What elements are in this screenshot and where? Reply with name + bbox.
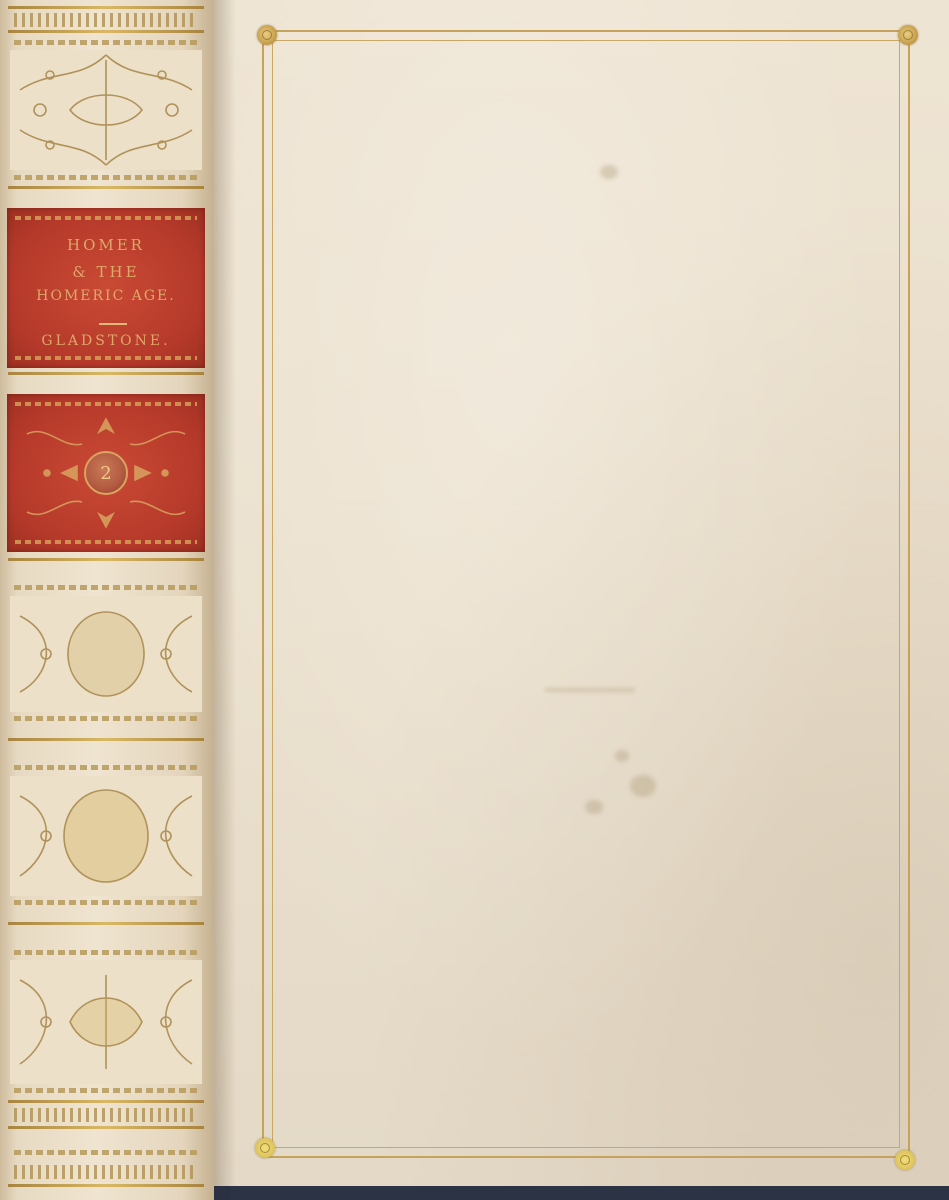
gilt-rule: [8, 6, 204, 9]
volume-number: 2: [84, 451, 128, 495]
gilt-dots: [14, 1150, 198, 1155]
floral-ornament-icon: [10, 960, 202, 1084]
title-divider: [99, 323, 127, 325]
gilt-ticks: [14, 1165, 198, 1179]
title-label: HOMER & THE HOMERIC AGE. GLADSTONE.: [7, 208, 205, 368]
gilt-dots: [14, 1088, 198, 1093]
ornament-panel: [10, 960, 202, 1084]
gilt-rule: [8, 1126, 204, 1129]
corner-roundel-icon: [257, 25, 277, 45]
book-photo: HOMER & THE HOMERIC AGE. GLADSTONE.: [0, 0, 949, 1200]
gilt-dots: [14, 765, 198, 770]
gilt-dots: [14, 900, 198, 905]
floral-ornament-icon: [10, 776, 202, 896]
ornament-panel: [10, 596, 202, 712]
spine: HOMER & THE HOMERIC AGE. GLADSTONE.: [0, 0, 214, 1200]
gilt-rule: [8, 372, 204, 375]
gilt-dots: [14, 175, 198, 180]
ornament-panel: [10, 50, 202, 170]
gilt-dots: [14, 950, 198, 955]
title-line-3: HOMERIC AGE.: [7, 288, 205, 304]
author-name: GLADSTONE.: [7, 333, 205, 349]
gilt-ticks: [14, 13, 198, 27]
gilt-ticks: [14, 1108, 198, 1122]
joint-shadow: [214, 0, 236, 1186]
gilt-rule: [8, 922, 204, 925]
corner-roundel-icon: [255, 1138, 275, 1158]
gilt-dots: [14, 716, 198, 721]
gilt-dots: [14, 585, 198, 590]
gilt-rule: [8, 186, 204, 189]
floral-ornament-icon: [10, 596, 202, 712]
title-line-2: & THE: [7, 263, 205, 281]
ornament-panel: [10, 776, 202, 896]
volume-label: 2: [7, 394, 205, 552]
corner-roundel-icon: [895, 1150, 915, 1170]
gilt-rule: [8, 738, 204, 741]
corner-roundel-icon: [898, 25, 918, 45]
gilt-rule: [8, 1100, 204, 1103]
gilt-dots: [14, 40, 198, 45]
title-line-1: HOMER: [7, 236, 205, 254]
gilt-rule: [8, 30, 204, 33]
gilt-frame-inner: [272, 40, 900, 1148]
gilt-rule: [8, 558, 204, 561]
gilt-rule: [8, 1184, 204, 1187]
background-strip: [230, 1186, 949, 1200]
floral-ornament-icon: [10, 50, 202, 170]
